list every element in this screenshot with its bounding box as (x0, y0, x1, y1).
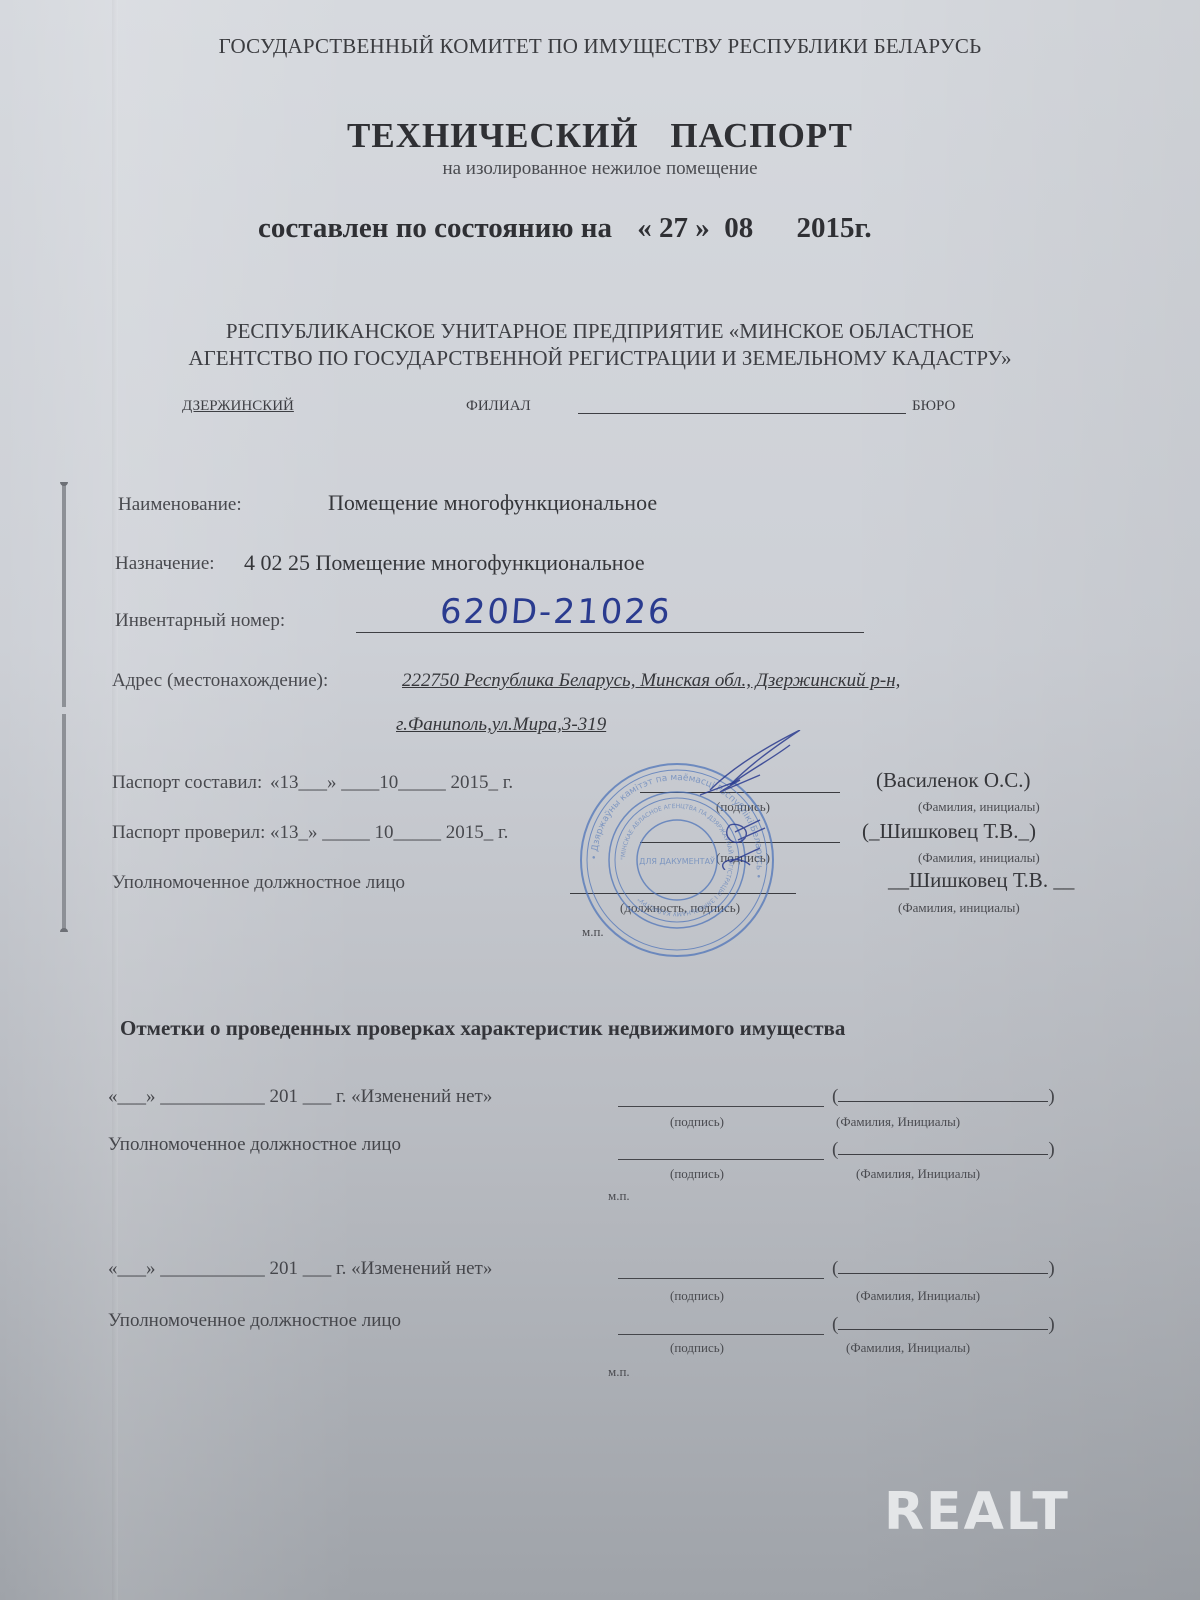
official-label: Уполномоченное должностное лицо (112, 872, 405, 894)
check-entry-1-official-fio-caption: (Фамилия, Инициалы) (856, 1166, 980, 1182)
inventory-underline (356, 632, 864, 633)
check-entry-2-official-fio-caption: (Фамилия, Инициалы) (846, 1340, 970, 1356)
branch-name: ДЗЕРЖИНСКИЙ (182, 398, 294, 415)
check-entry-2-signature-caption: (подпись) (670, 1288, 724, 1304)
inventory-label: Инвентарный номер: (115, 610, 285, 632)
check-entry-1-official-signature-line (618, 1159, 824, 1160)
state-day: « 27 » (637, 212, 710, 244)
paper-fold (112, 0, 118, 1600)
organization-line-1: РЕСПУБЛИКАНСКОЕ УНИТАРНОЕ ПРЕДПРИЯТИЕ «М… (0, 318, 1200, 345)
branch-label: ФИЛИАЛ (466, 398, 531, 415)
check-entry-1-fio-bracket: () (832, 1086, 1055, 1108)
purpose-label: Назначение: (115, 553, 215, 575)
organization-name: РЕСПУБЛИКАНСКОЕ УНИТАРНОЕ ПРЕДПРИЯТИЕ «М… (0, 318, 1200, 372)
check-entry-2-seal-mark: м.п. (608, 1364, 630, 1380)
check-entry-1-date-line: «___» ___________ 201 ___ г. «Изменений … (108, 1086, 492, 1108)
document-subtitle: на изолированное нежилое помещение (0, 158, 1200, 180)
state-prefix: составлен по состоянию на (258, 212, 612, 244)
inventory-number-handwritten: 620D-21026 (439, 592, 673, 632)
state-month: 08 (724, 212, 753, 244)
committee-header: ГОСУДАРСТВЕННЫЙ КОМИТЕТ ПО ИМУЩЕСТВУ РЕС… (0, 34, 1200, 59)
bureau-blank-line (578, 413, 906, 414)
binder-thread (60, 482, 68, 932)
checked-fio-caption: (Фамилия, инициалы) (918, 850, 1040, 866)
check-entry-1-official-signature-caption: (подпись) (670, 1166, 724, 1182)
address-line-1: 222750 Республика Беларусь, Минская обл.… (402, 670, 900, 692)
compiled-fio-caption: (Фамилия, инициалы) (918, 799, 1040, 815)
check-entry-1-official-fio-bracket: () (832, 1139, 1055, 1161)
compiled-name: (Василенок О.С.) (876, 768, 1031, 793)
checks-heading: Отметки о проведенных проверках характер… (120, 1016, 845, 1041)
check-entry-1-fio-caption: (Фамилия, Инициалы) (836, 1114, 960, 1130)
purpose-value: 4 02 25 Помещение многофункциональное (244, 550, 645, 576)
check-entry-2-official-fio-bracket: () (832, 1314, 1055, 1336)
check-entry-1-signature-line (618, 1106, 824, 1107)
state-year: 2015г. (796, 212, 871, 244)
check-entry-1-seal-mark: м.п. (608, 1188, 630, 1204)
organization-line-2: АГЕНТСТВО ПО ГОСУДАРСТВЕННОЙ РЕГИСТРАЦИИ… (0, 345, 1200, 372)
check-entry-2-fio-bracket: () (832, 1258, 1055, 1280)
check-entry-2-official-signature-line (618, 1334, 824, 1335)
check-entry-2-official-signature-caption: (подпись) (670, 1340, 724, 1356)
name-value: Помещение многофункциональное (328, 490, 657, 516)
bureau-label: БЮРО (912, 398, 955, 415)
check-entry-2-date-line: «___» ___________ 201 ___ г. «Изменений … (108, 1258, 492, 1280)
official-name: __Шишковец Т.В. __ (888, 868, 1074, 893)
check-entry-1-official-label: Уполномоченное должностное лицо (108, 1134, 401, 1156)
check-entry-2-signature-line (618, 1278, 824, 1279)
checked-name: (_Шишковец Т.В._) (862, 819, 1036, 844)
document-page: ГОСУДАРСТВЕННЫЙ КОМИТЕТ ПО ИМУЩЕСТВУ РЕС… (0, 0, 1200, 1600)
official-fio-caption: (Фамилия, инициалы) (898, 900, 1020, 916)
compiled-date: «13___» ____10_____ 2015_ г. (270, 772, 513, 794)
handwritten-signature-icon (690, 730, 810, 870)
checked-date: «13_» _____ 10_____ 2015_ г. (270, 822, 508, 844)
compiled-label: Паспорт составил: (112, 772, 262, 794)
check-entry-2-fio-caption: (Фамилия, Инициалы) (856, 1288, 980, 1304)
name-label: Наименование: (118, 494, 242, 516)
check-entry-1-signature-caption: (подпись) (670, 1114, 724, 1130)
check-entry-2-official-label: Уполномоченное должностное лицо (108, 1310, 401, 1332)
state-date-line: составлен по состоянию на « 27 » 08 2015… (258, 212, 872, 245)
checked-label: Паспорт проверил: (112, 822, 265, 844)
realt-watermark-logo: REALT (884, 1482, 1070, 1542)
address-label: Адрес (местонахождение): (112, 670, 328, 692)
document-title: ТЕХНИЧЕСКИЙ ПАСПОРТ (0, 116, 1200, 156)
address-line-2: г.Фаниполь,ул.Мира,3-319 (396, 714, 606, 736)
